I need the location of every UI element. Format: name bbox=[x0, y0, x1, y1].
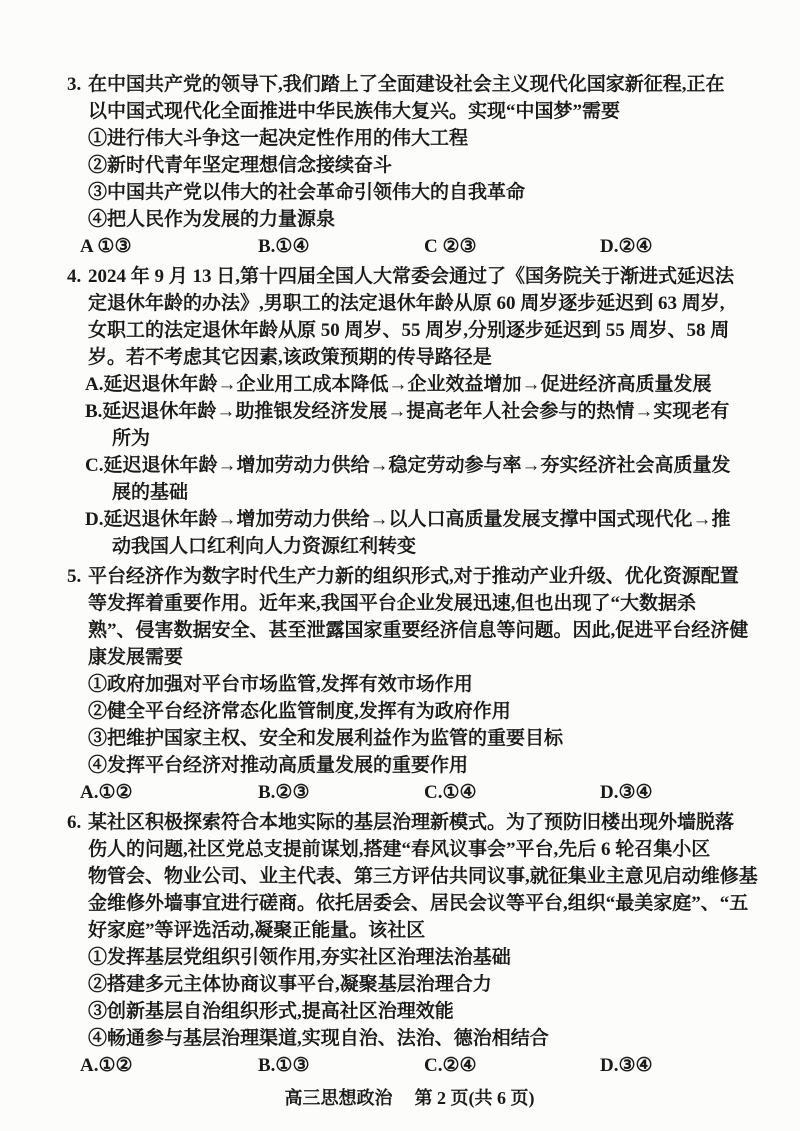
item-line: ②搭建多元主体协商议事平台,凝聚基层治理合力 bbox=[88, 971, 752, 998]
question-stem-line: 伤人的问题,社区党总支提前谋划,搭建“春风议事会”平台,先后 6 轮召集小区 bbox=[88, 836, 752, 863]
option-b: B.①④ bbox=[258, 233, 424, 260]
question-stem-line: 康发展需要 bbox=[88, 644, 752, 671]
option-c-wrap: 展的基础 bbox=[112, 479, 752, 506]
option-c: C.①④ bbox=[424, 779, 600, 806]
stem-text: 某社区积极探索符合本地实际的基层治理新模式。为了预防旧楼出现外墙脱落 bbox=[88, 812, 734, 833]
option-d: D.延迟退休年龄→增加劳动力供给→以人口高质量发展支撑中国式现代化→推 bbox=[85, 506, 752, 533]
option-a: A.延迟退休年龄→企业用工成本降低→企业效益增加→促进经济高质量发展 bbox=[85, 371, 752, 398]
item-line: ③把维护国家主权、安全和发展利益作为监管的重要目标 bbox=[88, 725, 752, 752]
option-c: C.延迟退休年龄→增加劳动力供给→稳定劳动参与率→夯实经济社会高质量发 bbox=[85, 452, 752, 479]
question-stem-line: 熟”、侵害数据安全、甚至泄露国家重要经济信息等问题。因此,促进平台经济健 bbox=[88, 617, 752, 644]
question-stem-line: 5.平台经济作为数字时代生产力新的组织形式,对于推动产业升级、优化资源配置 bbox=[88, 563, 752, 590]
question-5: 5.平台经济作为数字时代生产力新的组织形式,对于推动产业升级、优化资源配置 等发… bbox=[67, 563, 752, 806]
question-stem-line: 好家庭”等评选活动,凝聚正能量。该社区 bbox=[88, 917, 752, 944]
question-6: 6.某社区积极探索符合本地实际的基层治理新模式。为了预防旧楼出现外墙脱落 伤人的… bbox=[67, 809, 752, 1079]
question-number: 6. bbox=[67, 809, 81, 836]
question-stem-line: 4.2024 年 9 月 13 日,第十四届全国人大常委会通过了《国务院关于渐进… bbox=[88, 263, 752, 290]
option-a: A.①② bbox=[80, 1052, 258, 1079]
footer-course-title: 高三思想政治 bbox=[285, 1085, 393, 1112]
option-c: C.②④ bbox=[424, 1052, 600, 1079]
option-c: C ②③ bbox=[424, 233, 600, 260]
question-3: 3.在中国共产党的领导下,我们踏上了全面建设社会主义现代化国家新征程,正在 以中… bbox=[67, 71, 752, 260]
question-stem-line: 岁。若不考虑其它因素,该政策预期的传导路径是 bbox=[88, 344, 752, 371]
question-stem-line: 3.在中国共产党的领导下,我们踏上了全面建设社会主义现代化国家新征程,正在 bbox=[88, 71, 752, 98]
option-b: B.②③ bbox=[258, 779, 424, 806]
question-stem-line: 金维修外墙事宜进行磋商。依托居委会、居民会议等平台,组织“最美家庭”、“五 bbox=[88, 890, 752, 917]
options-row: A.①② B.②③ C.①④ D.③④ bbox=[80, 779, 752, 806]
option-d: D.②④ bbox=[600, 233, 653, 260]
stem-text: 平台经济作为数字时代生产力新的组织形式,对于推动产业升级、优化资源配置 bbox=[88, 566, 739, 587]
item-line: ①发挥基层党组织引领作用,夯实社区治理法治基础 bbox=[88, 944, 752, 971]
page-footer: 高三思想政治 第 2 页(共 6 页) bbox=[67, 1085, 752, 1112]
option-b-wrap: 所为 bbox=[112, 425, 752, 452]
stem-text: 在中国共产党的领导下,我们踏上了全面建设社会主义现代化国家新征程,正在 bbox=[88, 74, 725, 95]
options-row: A ①③ B.①④ C ②③ D.②④ bbox=[80, 233, 752, 260]
option-b: B.①③ bbox=[258, 1052, 424, 1079]
item-line: ④畅通参与基层治理渠道,实现自治、法治、德治相结合 bbox=[88, 1025, 752, 1052]
question-4: 4.2024 年 9 月 13 日,第十四届全国人大常委会通过了《国务院关于渐进… bbox=[67, 263, 752, 560]
stem-text: 2024 年 9 月 13 日,第十四届全国人大常委会通过了《国务院关于渐进式延… bbox=[88, 266, 734, 287]
question-stem-line: 物管会、物业公司、业主代表、第三方评估共同议事,就征集业主意见启动维修基 bbox=[88, 863, 752, 890]
question-stem-line: 定退休年龄的办法》,男职工的法定退休年龄从原 60 周岁逐步延迟到 63 周岁, bbox=[88, 290, 752, 317]
question-stem-line: 以中国式现代化全面推进中华民族伟大复兴。实现“中国梦”需要 bbox=[88, 98, 752, 125]
item-line: ③创新基层自治组织形式,提高社区治理效能 bbox=[88, 998, 752, 1025]
option-a: A.①② bbox=[80, 779, 258, 806]
question-number: 4. bbox=[67, 263, 81, 290]
option-d-wrap: 动我国人口红利向人力资源红利转变 bbox=[112, 533, 752, 560]
question-number: 5. bbox=[67, 563, 81, 590]
question-stem-line: 女职工的法定退休年龄从原 50 周岁、55 周岁,分别逐步延迟到 55 周岁、5… bbox=[88, 317, 752, 344]
question-stem-line: 6.某社区积极探索符合本地实际的基层治理新模式。为了预防旧楼出现外墙脱落 bbox=[88, 809, 752, 836]
question-stem-line: 等发挥着重要作用。近年来,我国平台企业发展迅速,但也出现了“大数据杀 bbox=[88, 590, 752, 617]
item-line: ①进行伟大斗争这一起决定性作用的伟大工程 bbox=[88, 125, 752, 152]
option-b: B.延迟退休年龄→助推银发经济发展→提高老年人社会参与的热情→实现老有 bbox=[85, 398, 752, 425]
item-line: ②新时代青年坚定理想信念接续奋斗 bbox=[88, 152, 752, 179]
item-line: ④把人民作为发展的力量源泉 bbox=[88, 206, 752, 233]
item-line: ④发挥平台经济对推动高质量发展的重要作用 bbox=[88, 752, 752, 779]
options-row: A.①② B.①③ C.②④ D.③④ bbox=[80, 1052, 752, 1079]
footer-page-number: 第 2 页(共 6 页) bbox=[415, 1085, 535, 1112]
item-line: ②健全平台经济常态化监管制度,发挥有为政府作用 bbox=[88, 698, 752, 725]
item-line: ③中国共产党以伟大的社会革命引领伟大的自我革命 bbox=[88, 179, 752, 206]
exam-page: 3.在中国共产党的领导下,我们踏上了全面建设社会主义现代化国家新征程,正在 以中… bbox=[0, 0, 800, 1112]
option-d: D.③④ bbox=[600, 779, 653, 806]
item-line: ①政府加强对平台市场监管,发挥有效市场作用 bbox=[88, 671, 752, 698]
question-number: 3. bbox=[67, 71, 81, 98]
option-d: D.③④ bbox=[600, 1052, 653, 1079]
option-a: A ①③ bbox=[80, 233, 258, 260]
